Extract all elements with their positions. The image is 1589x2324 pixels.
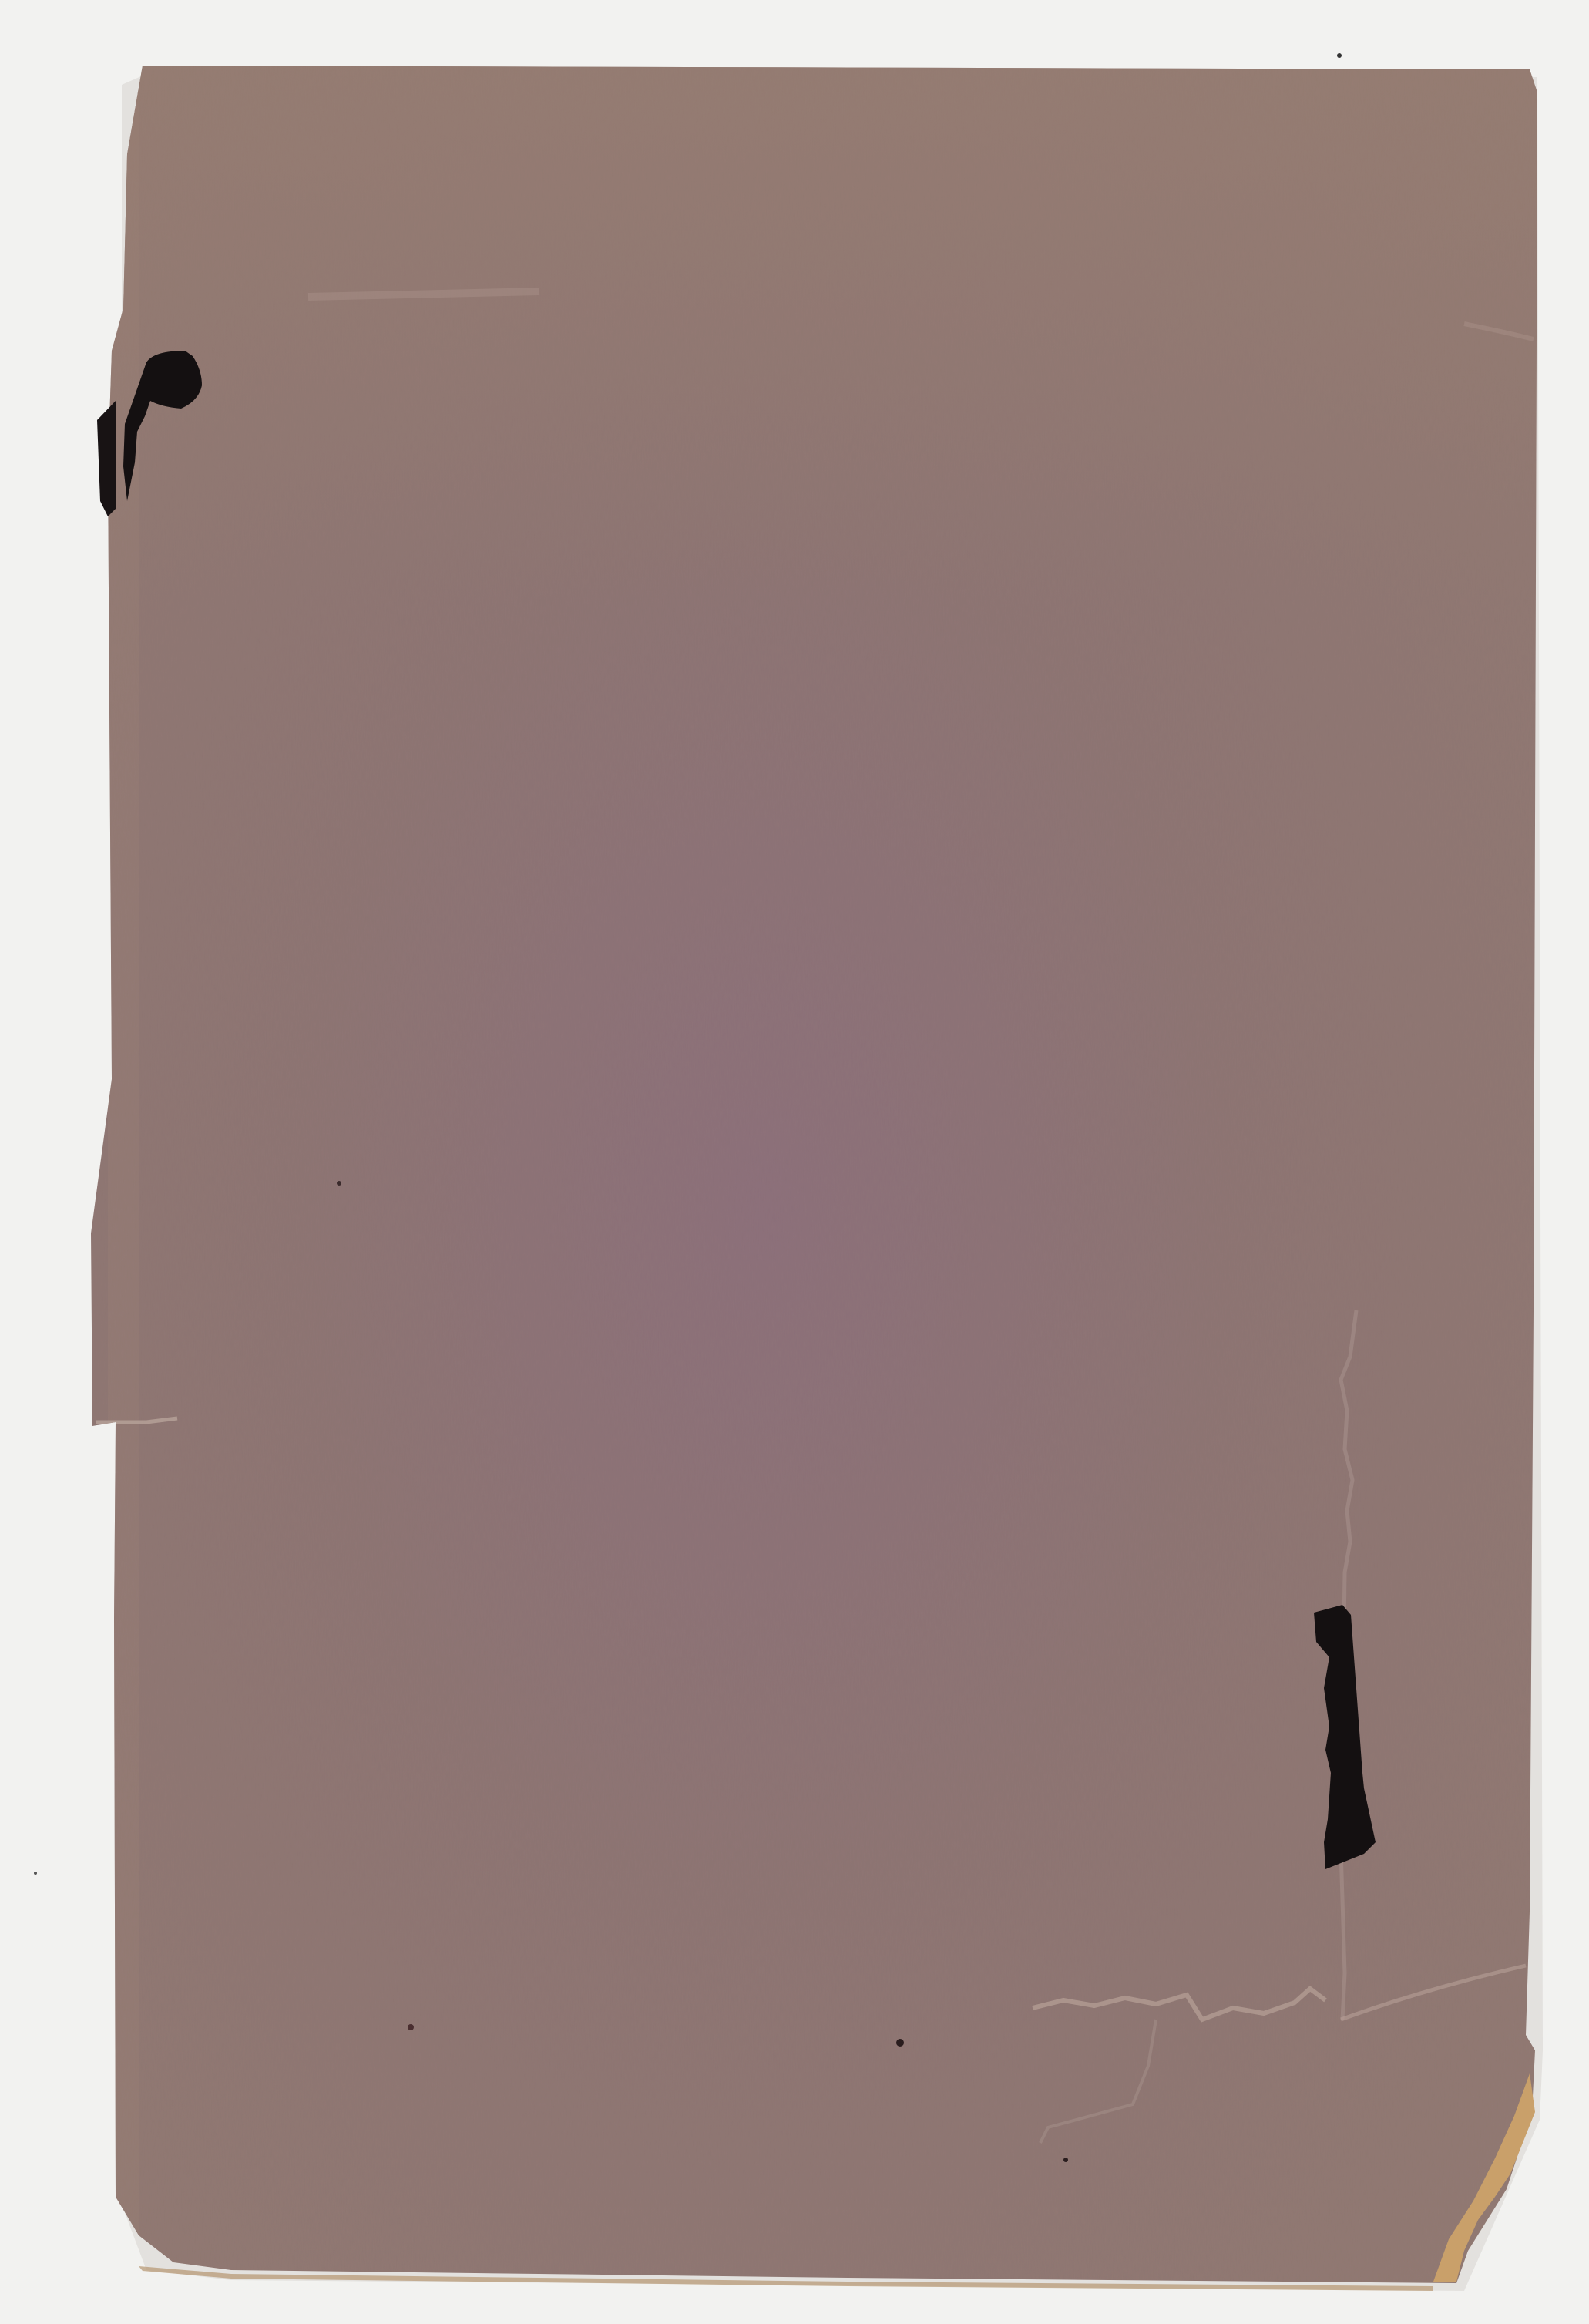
black-tape-left-strip xyxy=(97,401,116,516)
paper-cover xyxy=(0,0,1589,2324)
dust-speck xyxy=(34,1872,37,1875)
dust-speck xyxy=(1337,53,1342,58)
speck xyxy=(896,2039,904,2047)
speck xyxy=(337,1181,341,1186)
speck xyxy=(408,2024,414,2030)
speck xyxy=(1063,2158,1068,2162)
crease-top xyxy=(308,291,539,297)
paper-fiber-texture xyxy=(0,0,1589,2324)
